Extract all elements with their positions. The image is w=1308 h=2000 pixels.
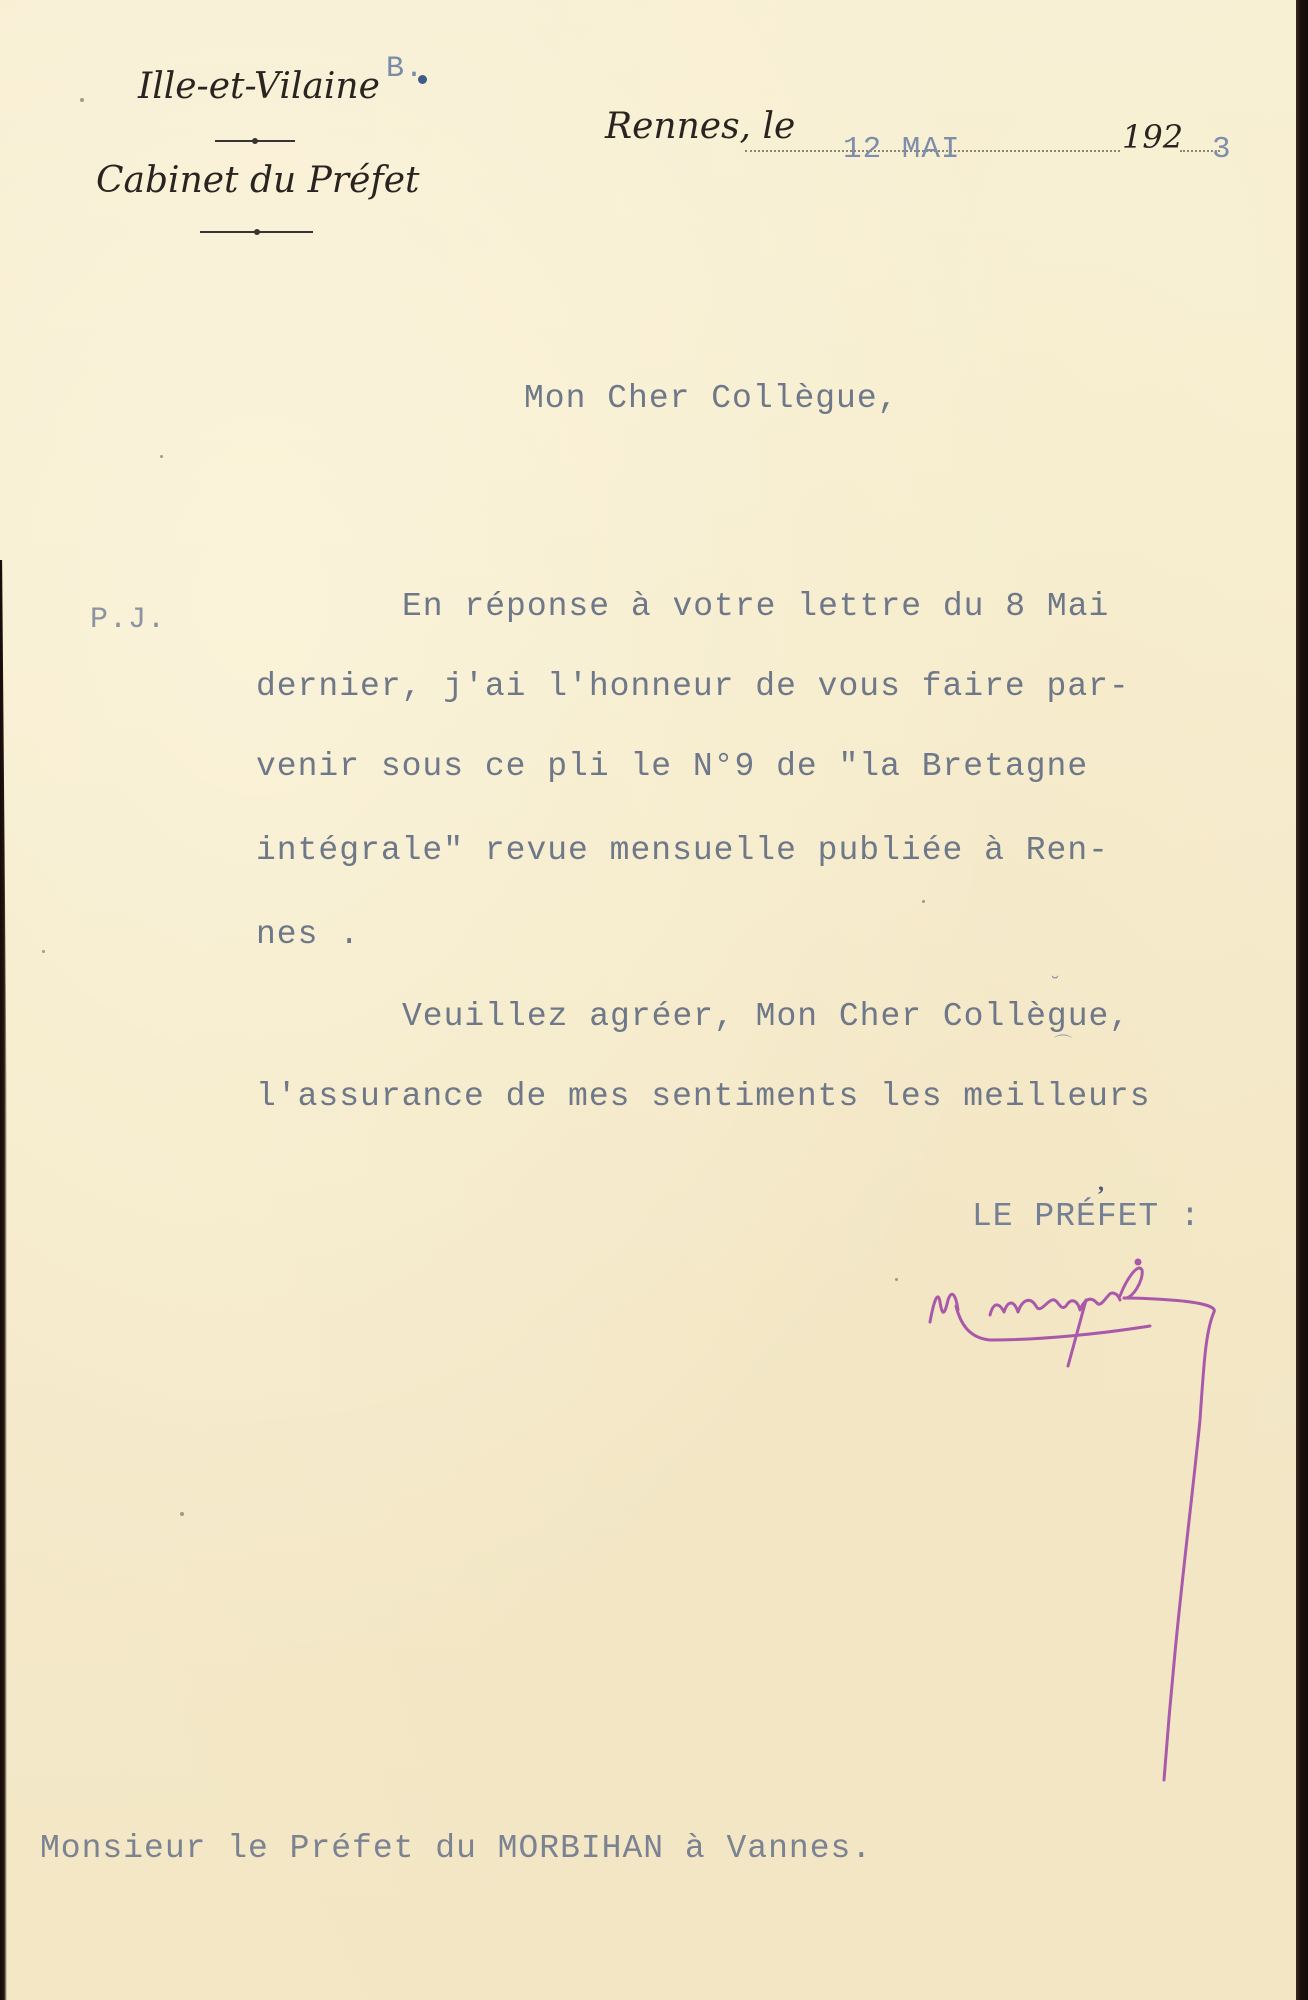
body-line: nes . (256, 916, 360, 953)
body-line: l'assurance de mes sentiments les meille… (256, 1078, 1151, 1115)
letterhead-department: Ille-et-Vilaine (138, 66, 380, 107)
paper-speck (895, 1278, 898, 1281)
stamp-dot (418, 75, 427, 84)
body-line: intégrale" revue mensuelle publiée à Ren… (256, 832, 1109, 869)
salutation: Mon Cher Collègue, (524, 380, 898, 417)
paper-speck (922, 900, 925, 903)
closing-title: LE PRÉFET : (972, 1198, 1201, 1235)
letterhead-place: Rennes, le (605, 106, 795, 147)
paper-speck (180, 1512, 184, 1516)
paper-speck (80, 98, 84, 102)
date-stamp: 12 MAI (843, 132, 961, 167)
body-line: Veuillez agréer, Mon Cher Collègue, (402, 998, 1130, 1035)
letterhead-ornament (200, 231, 313, 233)
addressee-line: Monsieur le Préfet du MORBIHAN à Vannes. (40, 1830, 872, 1867)
year-suffix: 3 (1212, 132, 1232, 167)
body-line: En réponse à votre lettre du 8 Mai (402, 588, 1109, 625)
handwritten-accent-mark: , (1098, 1170, 1104, 1197)
paper-speck (160, 455, 163, 458)
handwritten-cedilla-mark: ⌒ (1054, 1030, 1072, 1056)
margin-note-pj: P.J. (90, 603, 166, 637)
body-line: venir sous ce pli le N°9 de "la Bretagne (256, 748, 1088, 785)
handwritten-breve-mark: ˘ (1050, 972, 1060, 996)
scan-edge-right (1296, 0, 1308, 2000)
letterhead-ornament (215, 140, 295, 142)
letterhead-office: Cabinet du Préfet (96, 160, 419, 201)
body-line: dernier, j'ai l'honneur de vous faire pa… (256, 668, 1130, 705)
paper-speck (42, 950, 45, 953)
letterhead-year-prefix: 192 (1122, 118, 1183, 156)
